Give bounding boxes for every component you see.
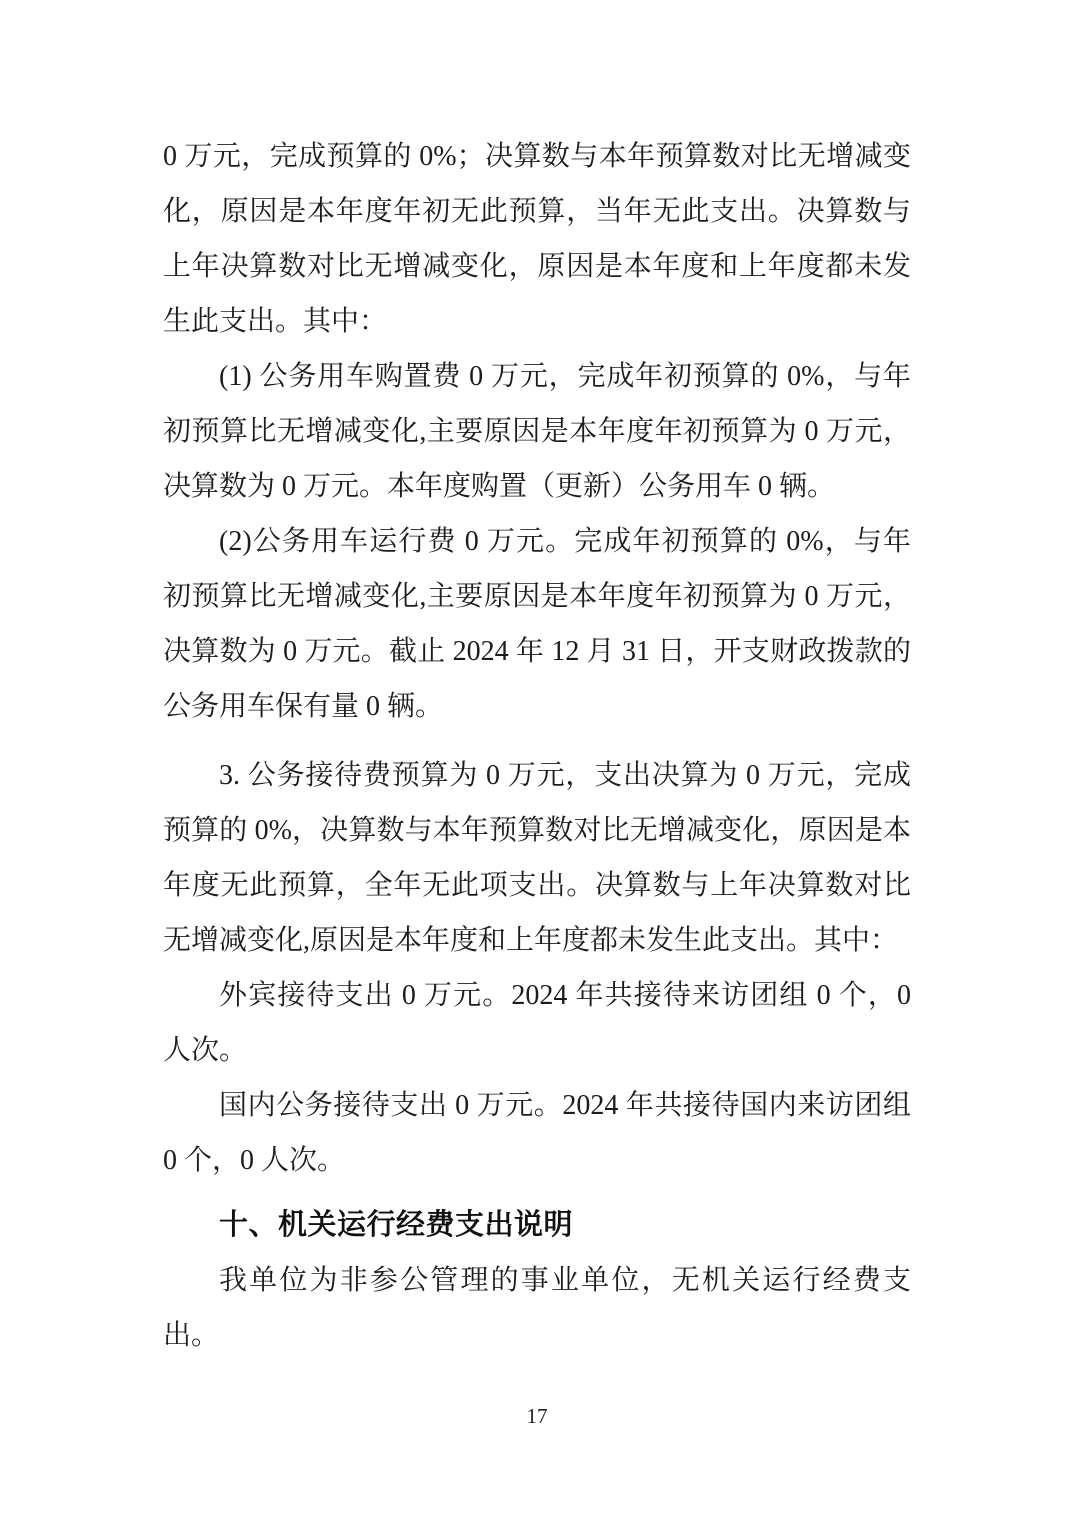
page-number: 17 xyxy=(0,1404,1074,1428)
para-foreign-guest-reception: 外宾接待支出 0 万元。2024 年共接待来访团组 0 个，0 人次。 xyxy=(163,968,911,1078)
para-vehicle-operation-fee: (2)公务用车运行费 0 万元。完成年初预算的 0%，与年初预算比无增减变化,主… xyxy=(163,514,911,734)
para-domestic-reception: 国内公务接待支出 0 万元。2024 年共接待国内来访团组 0 个，0 人次。 xyxy=(163,1078,911,1188)
para-continuation: 0 万元，完成预算的 0%；决算数与本年预算数对比无增减变化，原因是本年度年初无… xyxy=(163,129,911,349)
section-heading-org-operating-expense: 十、机关运行经费支出说明 xyxy=(163,1198,911,1253)
para-official-reception-fee: 3. 公务接待费预算为 0 万元，支出决算为 0 万元，完成预算的 0%，决算数… xyxy=(163,748,911,968)
para-vehicle-purchase-fee: (1) 公务用车购置费 0 万元，完成年初预算的 0%，与年初预算比无增减变化,… xyxy=(163,349,911,514)
para-org-operating-expense: 我单位为非参公管理的事业单位，无机关运行经费支出。 xyxy=(163,1253,911,1363)
document-page: 0 万元，完成预算的 0%；决算数与本年预算数对比无增减变化，原因是本年度年初无… xyxy=(0,0,1074,1520)
document-body: 0 万元，完成预算的 0%；决算数与本年预算数对比无增减变化，原因是本年度年初无… xyxy=(163,129,911,1363)
